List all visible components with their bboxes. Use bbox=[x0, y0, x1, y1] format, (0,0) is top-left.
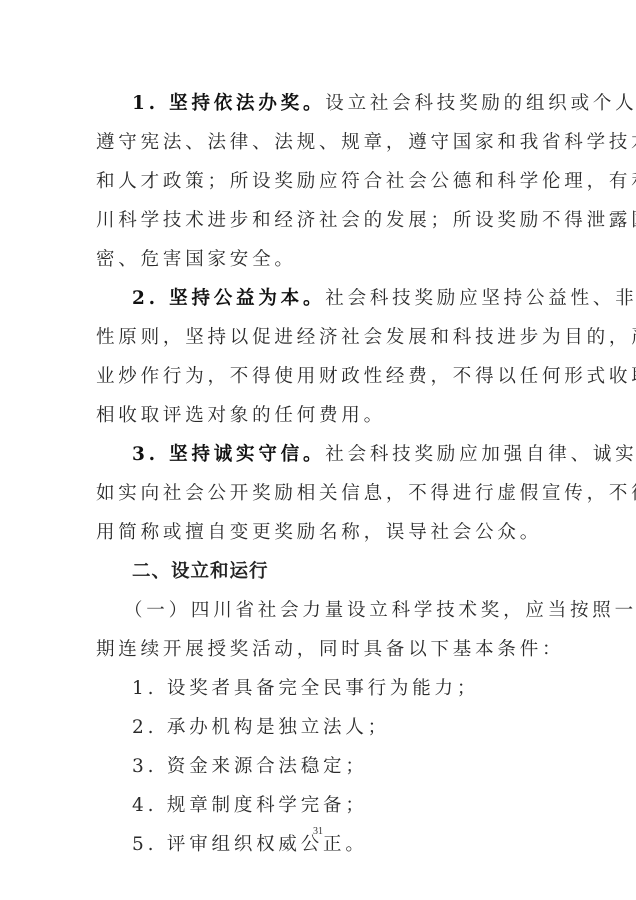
paragraph-4-line-1: （一）四川省社会力量设立科学技术奖，应当按照一定周 bbox=[124, 593, 636, 629]
condition-item: 4. 规章制度科学完备； bbox=[132, 788, 368, 824]
paragraph-2-line-3: 业炒作行为，不得使用财政性经费，不得以任何形式收取或变 bbox=[96, 359, 636, 395]
text: 社会科技奖励应坚持公益性、非营利 bbox=[325, 288, 636, 309]
condition-item: 1. 设奖者具备完全民事行为能力； bbox=[132, 671, 479, 707]
condition-item: 2. 承办机构是独立法人； bbox=[132, 710, 390, 746]
paragraph-3-line-1: 3. 坚持诚实守信。社会科技奖励应加强自律、诚实守信， bbox=[132, 437, 636, 473]
principle-2-title: 2. 坚持公益为本。 bbox=[132, 288, 325, 309]
paragraph-1-line-3: 和人才政策；所设奖励应符合社会公德和科学伦理，有利于四 bbox=[96, 164, 636, 200]
text: 设立社会科技奖励的组织或个人必须 bbox=[325, 93, 636, 114]
paragraph-1-line-1: 1. 坚持依法办奖。设立社会科技奖励的组织或个人必须 bbox=[132, 86, 636, 122]
principle-1-title: 1. 坚持依法办奖。 bbox=[132, 93, 325, 114]
paragraph-2-line-1: 2. 坚持公益为本。社会科技奖励应坚持公益性、非营利 bbox=[132, 281, 636, 317]
paragraph-2-line-2: 性原则，坚持以促进经济社会发展和科技进步为目的，严禁商 bbox=[96, 320, 636, 356]
text: 社会科技奖励应加强自律、诚实守信， bbox=[325, 444, 636, 465]
paragraph-1-line-4: 川科学技术进步和经济社会的发展；所设奖励不得泄露国家秘 bbox=[96, 203, 636, 239]
paragraph-2-line-4: 相收取评选对象的任何费用。 bbox=[96, 398, 386, 434]
paragraph-1-line-5: 密、危害国家安全。 bbox=[96, 242, 297, 278]
paragraph-4-line-2: 期连续开展授奖活动，同时具备以下基本条件： bbox=[96, 632, 564, 668]
paragraph-3-line-3: 用简称或擅自变更奖励名称，误导社会公众。 bbox=[96, 515, 542, 551]
paragraph-3-line-2: 如实向社会公开奖励相关信息，不得进行虚假宣传，不得仅使 bbox=[96, 476, 636, 512]
principle-3-title: 3. 坚持诚实守信。 bbox=[132, 444, 325, 465]
page-number: 31 bbox=[0, 826, 636, 837]
paragraph-1-line-2: 遵守宪法、法律、法规、规章，遵守国家和我省科学技术政策 bbox=[96, 125, 636, 161]
condition-item: 3. 资金来源合法稳定； bbox=[132, 749, 368, 785]
section-heading: 二、设立和运行 bbox=[132, 554, 269, 590]
